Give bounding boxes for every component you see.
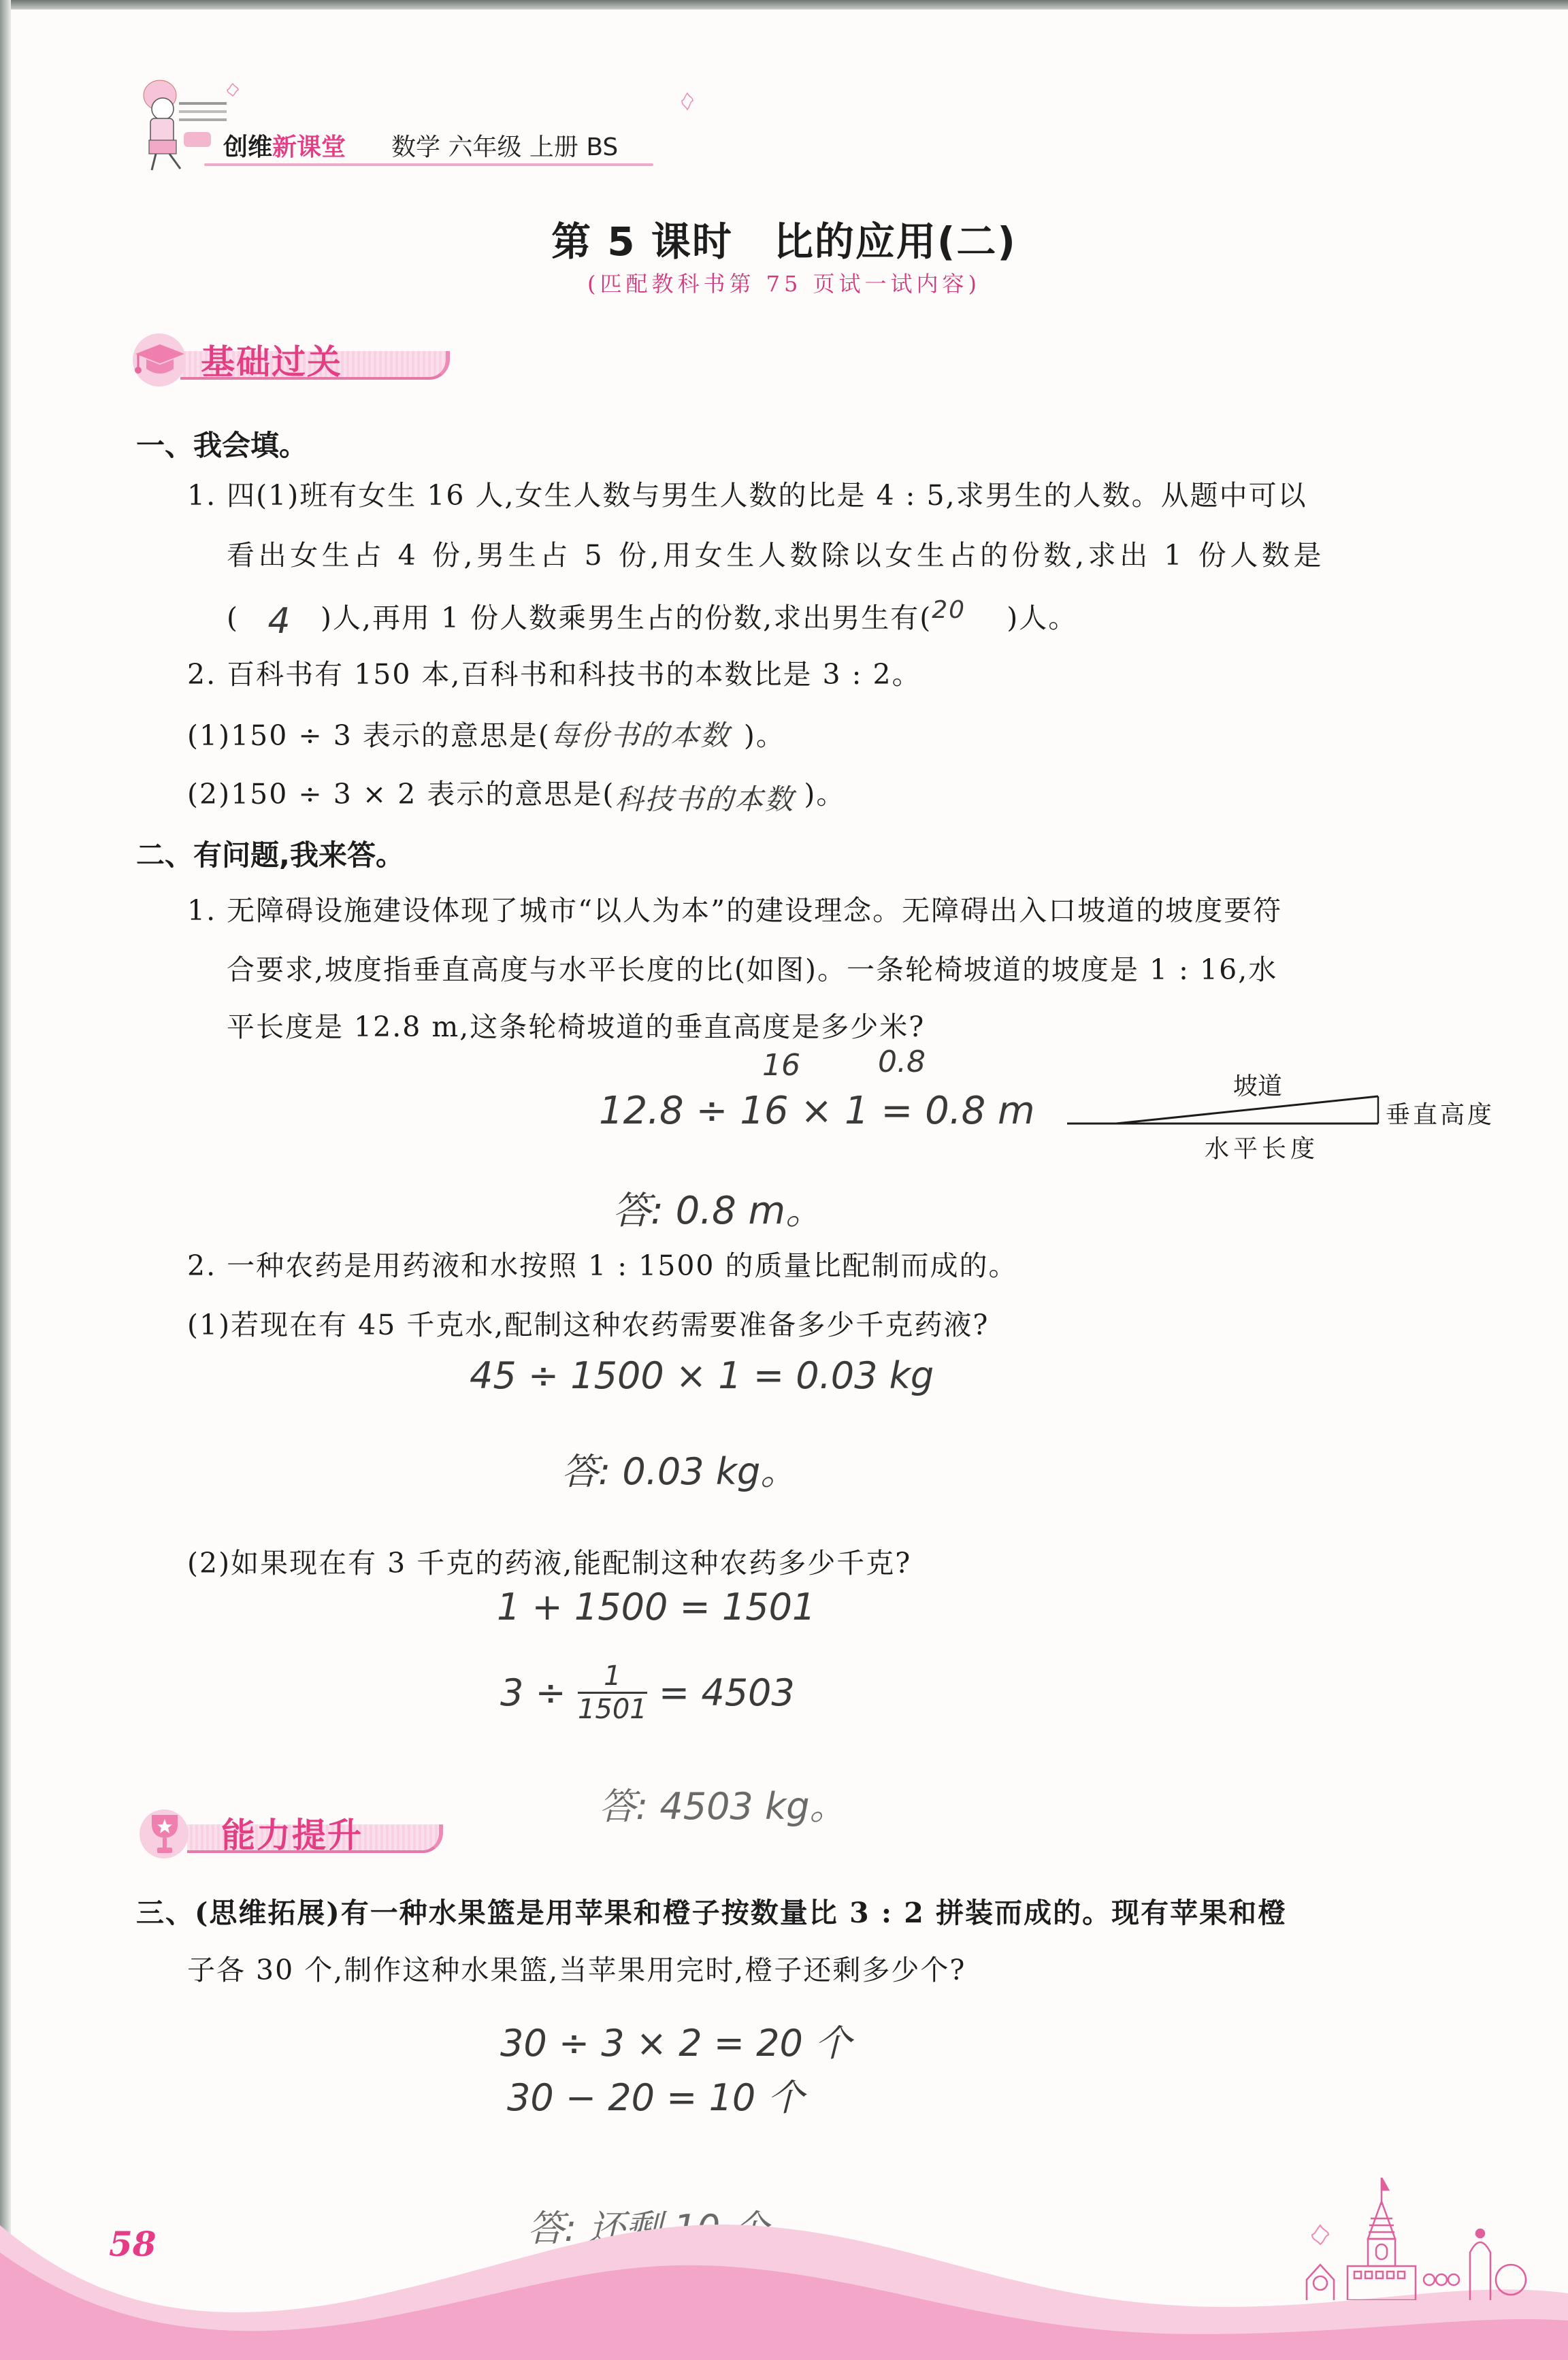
p2q2-stem: 2. 一种农药是用药液和水按照 1 : 1500 的质量比配制而成的。 [187, 1243, 1018, 1283]
p3-work1: 30 ÷ 3 × 2 = 20 个 [500, 2014, 851, 2067]
graduation-cap-icon [134, 342, 186, 380]
ramp-label: 坡道 [1233, 1067, 1282, 1102]
flower-icon [225, 82, 241, 98]
ramp-triangle [1062, 1089, 1388, 1130]
part2-heading: 二、有问题,我来答。 [136, 833, 404, 874]
p2q1-work-top1: 16 [762, 1048, 800, 1083]
q2-sub2-text: (2)150 ÷ 3 × 2 表示的意思是( [187, 778, 615, 810]
p2q1-work-top2: 0.8 [878, 1045, 926, 1079]
q1-blank1[interactable]: 4 [239, 601, 321, 642]
q2-sub2-answer[interactable]: 科技书的本数 [615, 777, 804, 818]
p3-line1: 三、(思维拓展)有一种水果篮是用苹果和橙子按数量比 3 : 2 拼装而成的。现有… [136, 1890, 1287, 1931]
header-divider [204, 163, 653, 166]
page-title: 第 5 课时 比的应用(二) [0, 210, 1568, 267]
p2q2-sub2-answer: 答: 4503 kg。 [599, 1777, 847, 1830]
p2q2-sub2-work2: 3 ÷ 1 1501 = 4503 [500, 1660, 795, 1725]
q1-line1: 1. 四(1)班有女生 16 人,女生人数与男生人数的比是 4 : 5,求男生的… [187, 473, 1307, 513]
scan-top-edge [0, 0, 1568, 10]
horizontal-length-label: 水平长度 [1205, 1130, 1319, 1164]
p2q2-sub1-answer: 答: 0.03 kg。 [561, 1443, 797, 1495]
flower-icon [679, 91, 696, 112]
work2-num: 1 [578, 1660, 647, 1694]
p2q1-line2: 合要求,坡度指垂直高度与水平长度的比(如图)。一条轮椅坡道的坡度是 1 : 16… [227, 947, 1277, 987]
q2-sub1-answer[interactable]: 每份书的本数 [551, 713, 744, 754]
p2q2-sub1: (1)若现在有 45 千克水,配制这种农药需要准备多少千克药液? [187, 1302, 989, 1343]
q1-line2: 看出女生占 4 份,男生占 5 份,用女生人数除以女生占的份数,求出 1 份人数… [227, 533, 1325, 573]
vertical-height-label: 垂直高度 [1386, 1096, 1494, 1130]
section-badge-basic: 基础过关 [133, 333, 453, 381]
p2q2-sub1-work: 45 ÷ 1500 × 1 = 0.03 kg [470, 1354, 934, 1397]
p2q1-line3: 平长度是 12.8 m,这条轮椅坡道的垂直高度是多少米? [227, 1004, 925, 1045]
work2-lhs: 3 ÷ [500, 1671, 566, 1714]
page-number: 58 [109, 2224, 157, 2264]
subject-info: 数学 六年级 上册 BS [391, 128, 618, 163]
trophy-icon [146, 1812, 183, 1857]
p3-line2: 子各 30 个,制作这种水果篮,当苹果用完时,橙子还剩多少个? [187, 1948, 966, 1988]
brand-name: 创维新课堂 [223, 128, 346, 163]
brand-pink: 新课堂 [272, 133, 346, 161]
p2q2-sub2: (2)如果现在有 3 千克的药液,能配制这种农药多少千克? [187, 1541, 911, 1581]
work2-den: 1501 [578, 1694, 647, 1725]
section-badge-advanced: 能力提升 [140, 1807, 446, 1854]
part1-heading: 一、我会填。 [136, 423, 308, 464]
q2-sub1-suffix: )。 [744, 719, 785, 752]
student-mascot-icon [133, 75, 228, 177]
work2-rhs: = 4503 [659, 1671, 795, 1714]
page-subtitle: (匹配教科书第 75 页试一试内容) [0, 267, 1568, 298]
p2q2-sub2-work1: 1 + 1500 = 1501 [497, 1586, 815, 1628]
q1-line3-mid: )人,再用 1 份人数乘男生占的份数,求出男生有( [321, 602, 932, 634]
q2-sub2-suffix: )。 [804, 778, 845, 810]
scan-left-edge [0, 0, 11, 2360]
q2-sub2: (2)150 ÷ 3 × 2 表示的意思是(科技书的本数)。 [187, 772, 845, 813]
badge-label: 能力提升 [221, 1808, 363, 1857]
p2q1-work: 12.8 ÷ 16 × 1 = 0.8 m [599, 1089, 1035, 1133]
q2-sub1-text: (1)150 ÷ 3 表示的意思是( [187, 719, 551, 752]
brand-black: 创维 [223, 133, 272, 161]
q1-line3-open: ( [227, 602, 239, 634]
q2-stem: 2. 百科书有 150 本,百科书和科技书的本数比是 3 : 2。 [187, 652, 921, 692]
q1-line3-close: )人。 [1007, 602, 1077, 634]
badge-label: 基础过关 [201, 335, 342, 384]
p2q1-answer: 答: 0.8 m。 [612, 1181, 823, 1235]
q1-line3: (4)人,再用 1 份人数乘男生占的份数,求出男生有(20)人。 [227, 595, 1077, 636]
q1-blank2[interactable]: 20 [932, 596, 1007, 624]
castle-illustration-icon [1279, 2178, 1568, 2300]
p2q1-line1: 1. 无障碍设施建设体现了城市“以人为本”的建设理念。无障碍出入口坡道的坡度要符 [187, 888, 1282, 928]
work2-fraction: 1 1501 [578, 1660, 647, 1725]
p3-work2: 30 − 20 = 10 个 [507, 2069, 804, 2121]
q2-sub1: (1)150 ÷ 3 表示的意思是(每份书的本数)。 [187, 713, 785, 754]
